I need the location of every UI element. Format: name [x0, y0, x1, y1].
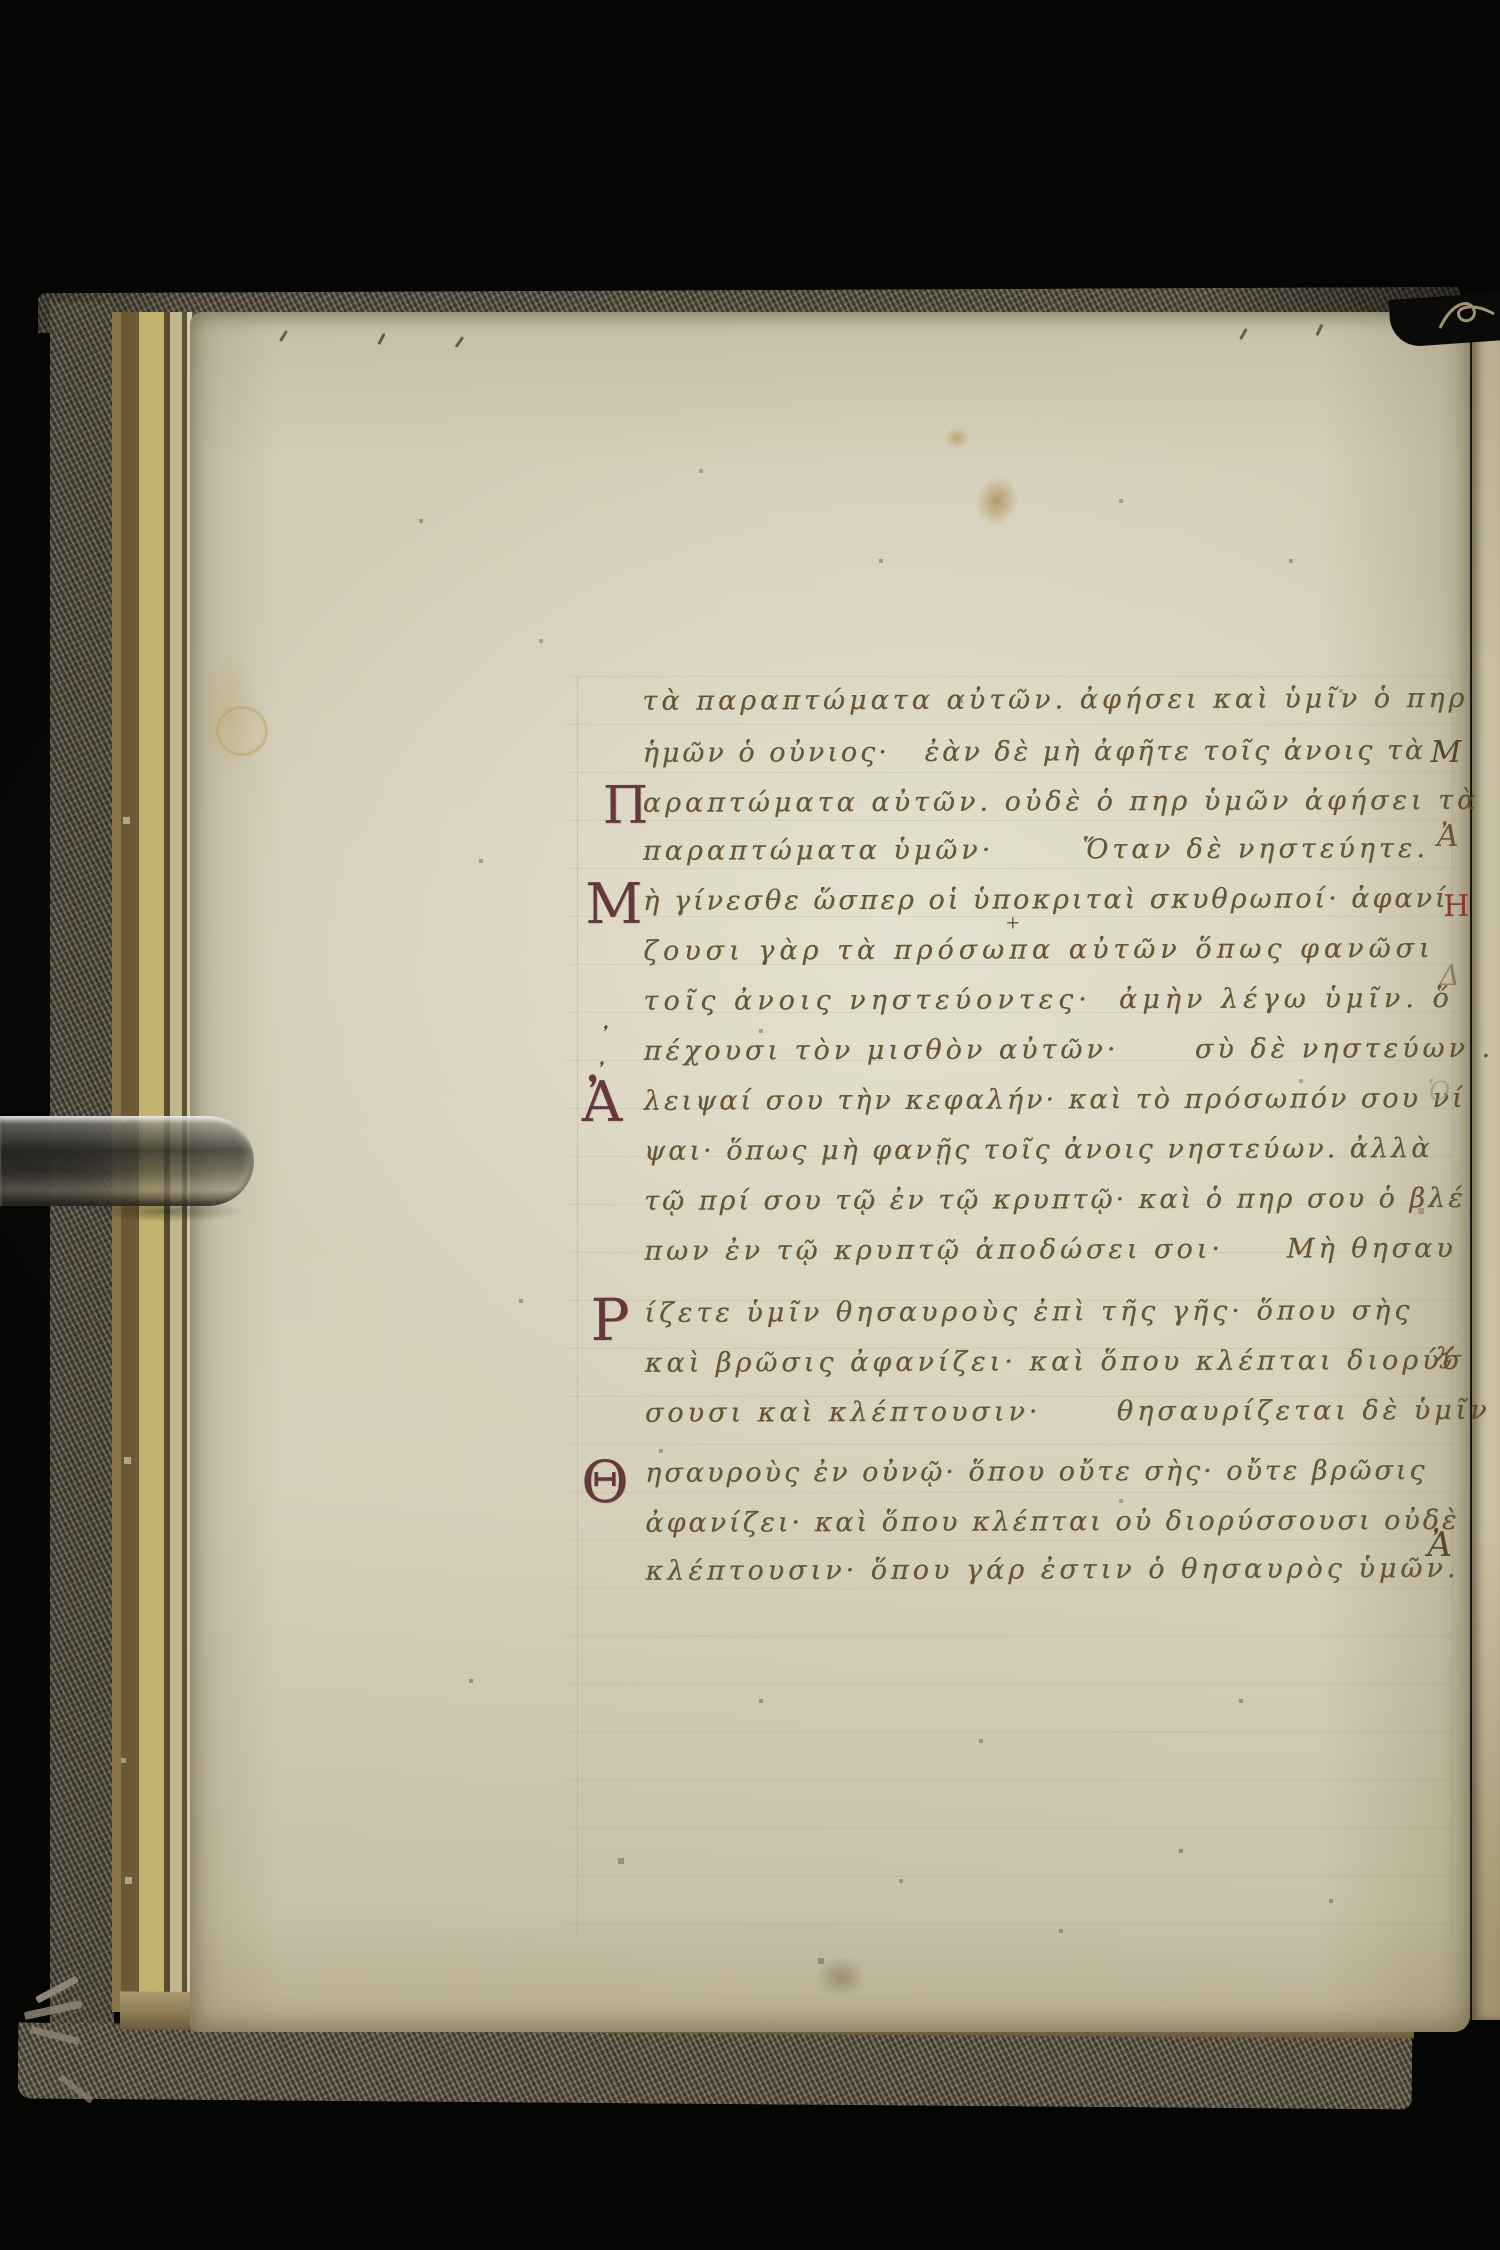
gutter-paint-flecks — [118, 700, 119, 701]
interlinear-cross-mark: + — [1005, 912, 1020, 933]
ruling-vertical-right — [1452, 676, 1453, 1936]
text-line: ζουσι γὰρ τὰ πρόσωπα αὐτῶν ὅπως φανῶσι — [643, 933, 1434, 967]
text-line: ίζετε ὑμῖν θησαυροὺς ἐπὶ τῆς γῆς· ὅπου σ… — [645, 1295, 1414, 1329]
text-line: παραπτώματα ὑμῶν· Ὅταν δὲ νηστεύητε. — [643, 833, 1429, 867]
manuscript-photo: τὰ παραπτώματα αὐτῶν. ἀφήσει καὶ ὑμῖν ὁ … — [0, 0, 1500, 2250]
margin-letter: ϗ — [1435, 1335, 1454, 1370]
headband-thread — [1436, 292, 1500, 340]
margin-breathing-mark: ᾽ — [598, 1024, 611, 1054]
margin-breathing-mark: ᾽ — [594, 1060, 607, 1090]
margin-letter: Ἀ — [1437, 819, 1459, 854]
text-line: τὰ παραπτώματα αὐτῶν. ἀφήσει καὶ ὑμῖν ὁ … — [642, 683, 1468, 717]
glass-rod — [0, 1116, 254, 1206]
margin-letter: Δ — [1439, 959, 1459, 992]
bottom-smudge-stain — [806, 1948, 876, 2006]
text-line: λειψαί σου τὴν κεφαλήν· καὶ τὸ πρόσωπόν … — [644, 1083, 1466, 1117]
illuminated-initial-rho: Ρ — [590, 1286, 629, 1354]
next-leaf-edge — [1472, 332, 1500, 2020]
wax-stain-small — [940, 424, 974, 452]
text-line: ὴ γίνεσθε ὥσπερ οἱ ὑποκριταὶ σκυθρωποί· … — [643, 883, 1449, 917]
margin-letter: Ὁ — [1428, 1077, 1450, 1107]
text-line: σουσι καὶ κλέπτουσιν· θησαυρίζεται δὲ ὑμ… — [645, 1395, 1491, 1429]
illuminated-initial-theta: Θ — [581, 1448, 629, 1516]
text-line: ψαι· ὅπως μὴ φανῇς τοῖς ἀνοις νηστεύων. … — [644, 1133, 1433, 1167]
text-line: κλέπτουσιν· ὅπου γάρ ἐστιν ὁ θησαυρὸς ὑμ… — [645, 1553, 1459, 1587]
gutter-stain — [186, 620, 266, 800]
text-line: αραπτώματα αὐτῶν. οὐδὲ ὁ πηρ ὑμῶν ἀφήσει… — [643, 785, 1480, 819]
text-line: καὶ βρῶσις ἀφανίζει· καὶ ὅπου κλέπται δι… — [645, 1345, 1465, 1379]
margin-letter: Μ — [1431, 735, 1462, 770]
text-line: ἡμῶν ὁ οὐνιος· ἐὰν δὲ μὴ ἀφῆτε τοῖς ἀνοι… — [643, 735, 1427, 769]
text-line: ησαυροὺς ἐν οὐνῷ· ὅπου οὔτε σὴς· οὔτε βρ… — [645, 1455, 1427, 1489]
text-line: τῷ πρί σου τῷ ἐν τῷ κρυπτῷ· καὶ ὁ πηρ σο… — [644, 1183, 1466, 1217]
text-line: ἀφανίζει· καὶ ὅπου κλέπται οὐ διορύσσουσ… — [645, 1505, 1459, 1539]
margin-letter: Ἀ — [1427, 1525, 1452, 1565]
illuminated-initial-mu: Μ — [585, 872, 643, 937]
text-line: πων ἐν τῷ κρυπτῷ ἀποδώσει σοι· Μὴ θησαυ — [644, 1233, 1456, 1267]
parchment-specks — [0, 0, 2, 2]
text-line: πέχουσι τὸν μισθὸν αὐτῶν· σὺ δὲ νηστεύων… — [644, 1033, 1495, 1067]
text-line: τοῖς ἀνοις νηστεύοντες· ἀμὴν λέγω ὑμῖν. … — [643, 983, 1453, 1017]
illuminated-initial-pi: Π — [603, 776, 649, 836]
ruling-vertical-left — [577, 676, 578, 1936]
margin-letter-rubric: Η — [1443, 889, 1469, 924]
